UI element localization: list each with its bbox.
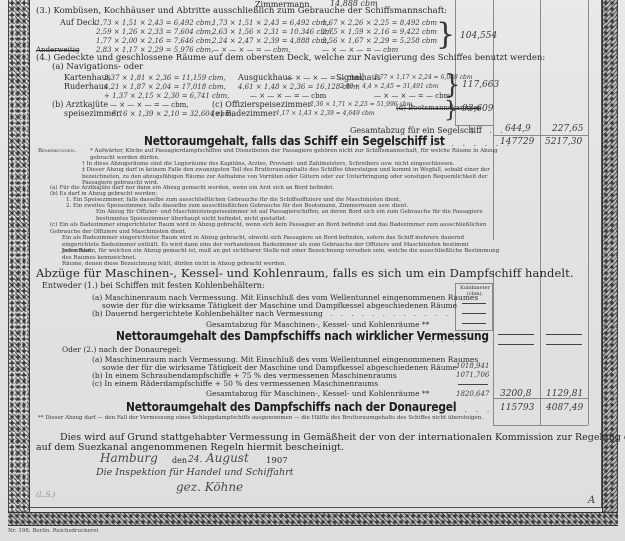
brace: } [436,20,455,50]
gesamtabzug-mark: ‡ [470,126,474,136]
blank-value [498,344,534,345]
badezimmer-label: (e) Badezimmer [212,109,277,119]
opt1-b: (b) Dauernd hergerichtete Kohlenbehälter… [92,309,323,319]
section-b-total: 93,609 [462,104,494,114]
blank-value [462,323,486,324]
opt2-total-col2: 1129,81 [546,389,583,399]
note-3: ‡ Dieser Abzug darf in keinem Falle den … [82,167,500,187]
signature-name: gez. Köhne [176,482,243,492]
seal-note: (L.S.) [36,490,55,500]
column-divider [493,270,494,425]
opt2-total-value: 1820,647 [456,389,489,399]
certification-place: Hamburg [100,453,158,463]
abzuege-heading: Abzüge für Maschinen-, Kessel- und Kohle… [36,268,574,278]
certification-month: August [206,453,249,463]
blank-value [458,384,488,385]
corner-mark: A [588,496,595,506]
brace: } [444,96,458,126]
leader-dots: . . . . . . . . . . . . . [320,309,451,319]
note-9: (c) Ein als Badezimmer eingerichteter Ra… [50,222,500,235]
netto-segelschiff-col1: 147729 [500,137,534,147]
netto-donau-col2: 4087,49 [546,403,583,413]
note-11: Jeder Raum, für welchen ein Abzug gemach… [62,248,500,261]
section-3-label: (3.) Kombüsen, Kochhäuser und Abtritte a… [36,6,447,17]
section-4-total: 117,663 [462,80,499,90]
leader-dots: . . . . . . [408,335,469,345]
certification-line-2: auf dem Suezkanal angenommenen Regeln hi… [36,442,344,453]
oder-label: Oder (2.) nach der Donauregel: [62,345,182,355]
leader-dots: . . . . . . . . . [398,405,492,415]
entweder-label: Entweder (1.) bei Schiffen mit festen Ko… [42,281,265,291]
section-4-sub-a: (a) Navigations- oder [52,62,143,72]
rule [493,135,588,136]
ruderhaus-label: Ruderhaus [64,82,108,92]
note-1: * Aufwärter, Köche auf Passagierdampfsch… [90,148,500,161]
blank-value [462,313,486,314]
rule [493,425,588,426]
donau-footnote: ** Dieser Abzug darf — den Fall der Verm… [38,415,498,422]
gesamtabzug-col1: 644,9 [505,124,531,134]
printer-imprint: Nr. 198. Berlin. Reichsdruckerei [8,528,98,534]
gesamtabzug-col2: 227,65 [552,124,584,134]
bemerkungen-label: Bemerkungen. [38,148,76,155]
opt2-total-label: Gesamtabzug für Maschinen-, Kessel- und … [206,389,429,399]
section-3-total: 104,554 [460,31,497,41]
netto-segelschiff-col2: 5217,30 [545,137,582,147]
note-8: Ein Abzug für Offizier- und Maschinisten… [96,209,500,222]
badezimmer-value: 1,17 × 1,43 × 2,39 = 4,649 cbm [276,109,375,119]
certificate-page: Zimmermann 14,888 cbm (3.) Kombüsen, Koc… [0,0,625,541]
column-divider [588,0,589,425]
opt2-total-col1: 3200,8 [500,389,532,399]
section-3-deck-label: Auf Deck [60,18,97,28]
certification-den-label: den [172,456,187,466]
opt2-c: (c) In einem Räderdampfschiffe + 50 % de… [92,379,378,389]
certification-year: 1907 [266,456,288,466]
signature-authority: Die Inspektion für Handel und Schiffahrt [96,468,293,478]
blank-value [546,334,582,335]
certification-day: 24. [188,455,202,465]
leader-dots: . . . [478,126,506,136]
netto-donau-col1: 115793 [500,403,534,413]
blank-value [546,344,582,345]
ornamental-border-left [8,0,30,512]
ornamental-border-bottom [8,512,618,526]
blank-value [462,303,486,304]
opt2-b-value: 1071,706 [456,370,489,380]
blank-value [498,334,534,335]
